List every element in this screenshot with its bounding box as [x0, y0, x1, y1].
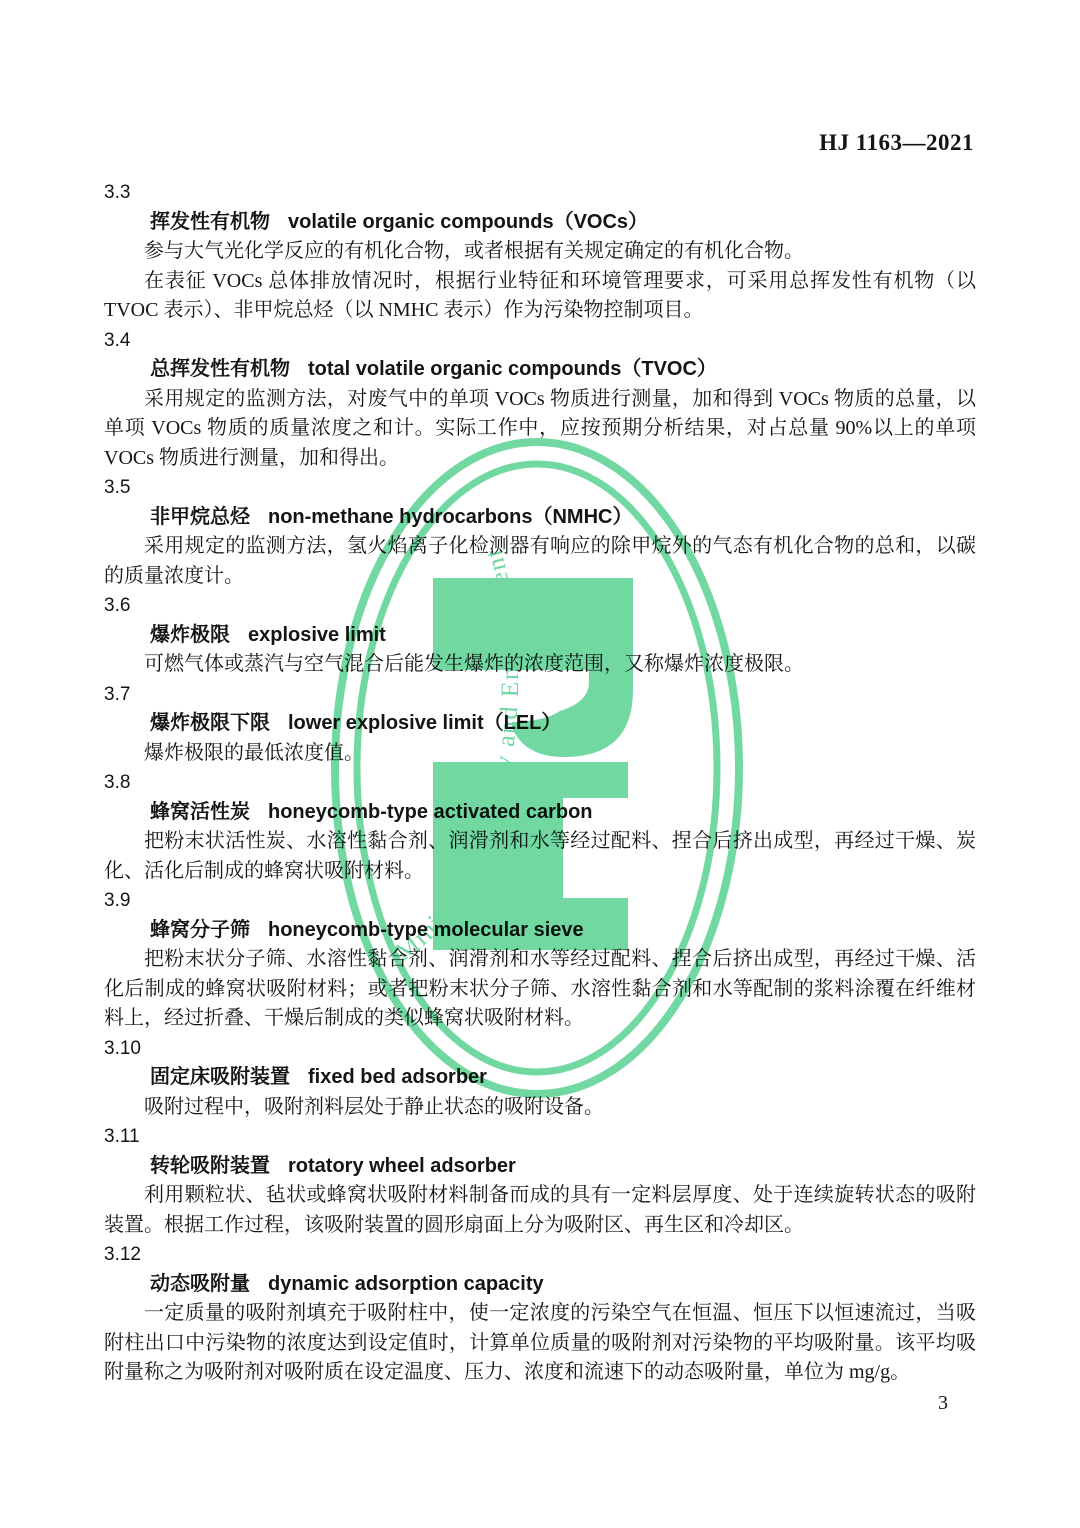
document-page: HJ 1163—2021 3.3 挥发性有机物volatile organic … — [0, 0, 1080, 1528]
clause-number: 3.6 — [104, 591, 976, 621]
clause-number: 3.4 — [104, 326, 976, 356]
definition-paragraph: 一定质量的吸附剂填充于吸附柱中，使一定浓度的污染空气在恒温、恒压下以恒速流过，当… — [104, 1299, 976, 1388]
clause-number: 3.8 — [104, 768, 976, 798]
term-zh: 转轮吸附装置 — [150, 1155, 270, 1177]
definition-paragraph: 参与大气光化学反应的有机化合物，或者根据有关规定确定的有机化合物。 — [104, 237, 976, 267]
clause-section: 3.12 动态吸附量dynamic adsorption capacity 一定… — [104, 1240, 976, 1388]
term-heading: 挥发性有机物volatile organic compounds（VOCs） — [104, 208, 976, 238]
clause-section: 3.3 挥发性有机物volatile organic compounds（VOC… — [104, 178, 976, 326]
term-en: honeycomb-type molecular sieve — [268, 919, 584, 941]
term-heading: 蜂窝活性炭honeycomb-type activated carbon — [104, 798, 976, 828]
definition-paragraph: 可燃气体或蒸汽与空气混合后能发生爆炸的浓度范围，又称爆炸浓度极限。 — [104, 650, 976, 680]
clause-number: 3.9 — [104, 886, 976, 916]
term-en: volatile organic compounds（VOCs） — [288, 211, 648, 233]
term-zh: 总挥发性有机物 — [150, 358, 290, 380]
term-heading: 非甲烷总烃non-methane hydrocarbons（NMHC） — [104, 503, 976, 533]
clause-number: 3.7 — [104, 680, 976, 710]
definition-paragraph: 在表征 VOCs 总体排放情况时，根据行业特征和环境管理要求，可采用总挥发性有机… — [104, 267, 976, 326]
clause-section: 3.4 总挥发性有机物total volatile organic compou… — [104, 326, 976, 474]
standard-code-header: HJ 1163—2021 — [819, 130, 974, 156]
terms-content: 3.3 挥发性有机物volatile organic compounds（VOC… — [104, 178, 976, 1388]
term-en: lower explosive limit（LEL） — [288, 712, 561, 734]
term-en: non-methane hydrocarbons（NMHC） — [268, 506, 632, 528]
clause-section: 3.7 爆炸极限下限lower explosive limit（LEL） 爆炸极… — [104, 680, 976, 769]
clause-number: 3.5 — [104, 473, 976, 503]
definition-paragraph: 采用规定的监测方法，对废气中的单项 VOCs 物质进行测量，加和得到 VOCs … — [104, 385, 976, 474]
term-heading: 动态吸附量dynamic adsorption capacity — [104, 1270, 976, 1300]
term-zh: 非甲烷总烃 — [150, 506, 250, 528]
clause-section: 3.8 蜂窝活性炭honeycomb-type activated carbon… — [104, 768, 976, 886]
term-en: rotatory wheel adsorber — [288, 1155, 516, 1177]
term-en: explosive limit — [248, 624, 386, 646]
definition-paragraph: 爆炸极限的最低浓度值。 — [104, 739, 976, 769]
page-number: 3 — [938, 1392, 948, 1415]
term-zh: 蜂窝分子筛 — [150, 919, 250, 941]
definition-paragraph: 吸附过程中，吸附剂料层处于静止状态的吸附设备。 — [104, 1093, 976, 1123]
term-zh: 挥发性有机物 — [150, 211, 270, 233]
clause-section: 3.10 固定床吸附装置fixed bed adsorber 吸附过程中，吸附剂… — [104, 1034, 976, 1123]
term-heading: 转轮吸附装置rotatory wheel adsorber — [104, 1152, 976, 1182]
term-en: total volatile organic compounds（TVOC） — [308, 358, 717, 380]
definition-paragraph: 采用规定的监测方法，氢火焰离子化检测器有响应的除甲烷外的气态有机化合物的总和，以… — [104, 532, 976, 591]
term-zh: 动态吸附量 — [150, 1273, 250, 1295]
term-heading: 爆炸极限explosive limit — [104, 621, 976, 651]
clause-section: 3.9 蜂窝分子筛honeycomb-type molecular sieve … — [104, 886, 976, 1034]
term-zh: 爆炸极限 — [150, 624, 230, 646]
definition-paragraph: 把粉末状活性炭、水溶性黏合剂、润滑剂和水等经过配料、捏合后挤出成型，再经过干燥、… — [104, 827, 976, 886]
term-zh: 蜂窝活性炭 — [150, 801, 250, 823]
clause-section: 3.11 转轮吸附装置rotatory wheel adsorber 利用颗粒状… — [104, 1122, 976, 1240]
term-zh: 爆炸极限下限 — [150, 712, 270, 734]
clause-section: 3.6 爆炸极限explosive limit 可燃气体或蒸汽与空气混合后能发生… — [104, 591, 976, 680]
clause-number: 3.12 — [104, 1240, 976, 1270]
term-heading: 爆炸极限下限lower explosive limit（LEL） — [104, 709, 976, 739]
term-heading: 总挥发性有机物total volatile organic compounds（… — [104, 355, 976, 385]
term-en: fixed bed adsorber — [308, 1066, 487, 1088]
term-heading: 固定床吸附装置fixed bed adsorber — [104, 1063, 976, 1093]
clause-number: 3.10 — [104, 1034, 976, 1064]
clause-number: 3.3 — [104, 178, 976, 208]
clause-section: 3.5 非甲烷总烃non-methane hydrocarbons（NMHC） … — [104, 473, 976, 591]
term-en: dynamic adsorption capacity — [268, 1273, 544, 1295]
term-heading: 蜂窝分子筛honeycomb-type molecular sieve — [104, 916, 976, 946]
definition-paragraph: 利用颗粒状、毡状或蜂窝状吸附材料制备而成的具有一定料层厚度、处于连续旋转状态的吸… — [104, 1181, 976, 1240]
term-en: honeycomb-type activated carbon — [268, 801, 593, 823]
definition-paragraph: 把粉末状分子筛、水溶性黏合剂、润滑剂和水等经过配料、捏合后挤出成型，再经过干燥、… — [104, 945, 976, 1034]
term-zh: 固定床吸附装置 — [150, 1066, 290, 1088]
clause-number: 3.11 — [104, 1122, 976, 1152]
